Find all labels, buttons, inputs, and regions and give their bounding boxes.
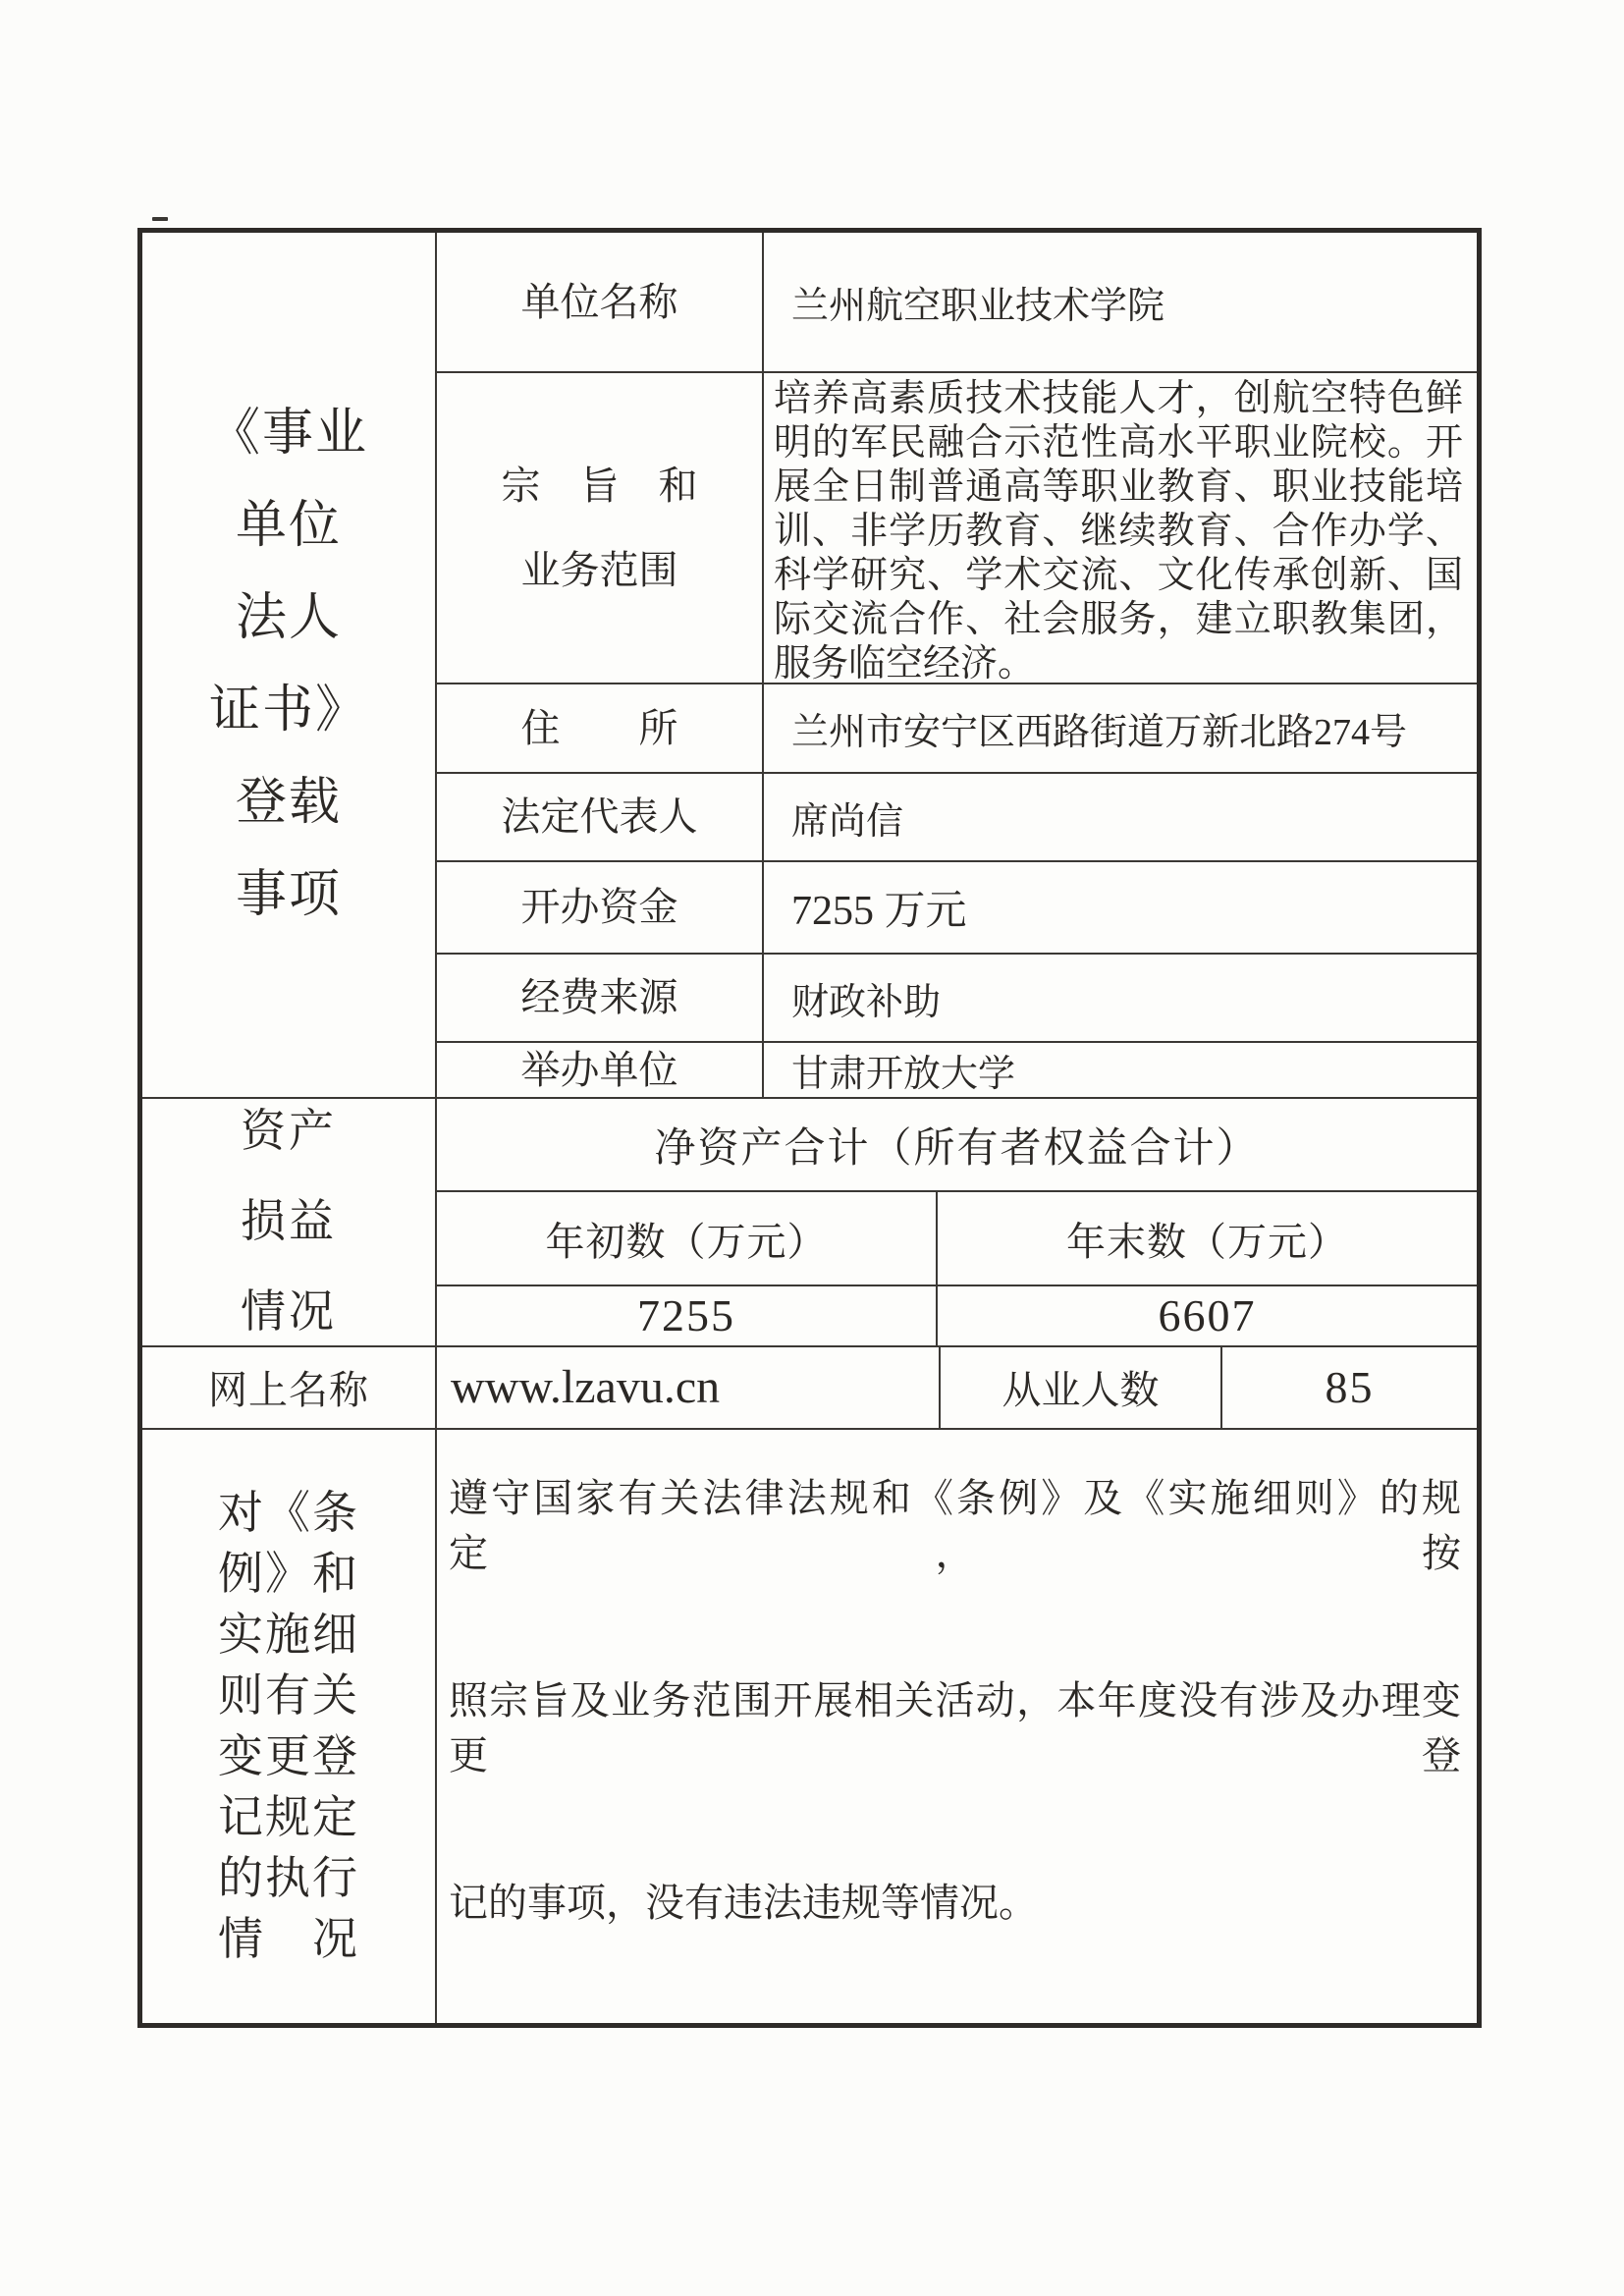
purpose-value-line: 际交流合作、社会服务，建立职教集团， (774, 598, 1463, 642)
purpose-value-line: 科学研究、学术交流、文化传承创新、国 (774, 554, 1463, 598)
certificate-header-line: 登载 (236, 774, 342, 833)
funding-label: 经费来源 (437, 955, 764, 1043)
regulation-content-line: 照宗旨及业务范围开展相关活动，本年度没有涉及办理变更登 (449, 1673, 1461, 1783)
purpose-value-line: 明的军民融合示范性高水平职业院校。开 (774, 421, 1463, 465)
unit-name-label: 单位名称 (437, 233, 764, 373)
purpose-value: 培养高素质技术技能人才，创航空特色鲜 明的军民融合示范性高水平职业院校。开 展全… (764, 373, 1477, 684)
staff-count-label: 从业人数 (941, 1347, 1222, 1428)
unit-name-row: 单位名称 兰州航空职业技术学院 (437, 233, 1477, 373)
capital-row: 开办资金 7255 万元 (437, 862, 1477, 955)
online-name-label: 网上名称 (142, 1347, 437, 1428)
certificate-header-line: 事项 (236, 866, 342, 925)
regulation-header-line: 记规定 (218, 1787, 359, 1848)
purpose-row: 宗 旨 和 业务范围 培养高素质技术技能人才，创航空特色鲜 明的军民融合示范性高… (437, 373, 1477, 684)
net-assets-title-row: 净资产合计（所有者权益合计） (437, 1099, 1477, 1192)
funding-value: 财政补助 (764, 955, 1477, 1043)
regulation-content-line: 遵守国家有关法律法规和《条例》及《实施细则》的规定，按 (449, 1471, 1461, 1581)
net-assets-title: 净资产合计（所有者权益合计） (437, 1099, 1477, 1190)
staff-count-value: 85 (1222, 1347, 1477, 1428)
regulation-header-line: 的执行 (218, 1848, 359, 1909)
purpose-value-line: 培养高素质技术技能人才，创航空特色鲜 (774, 377, 1463, 421)
legal-rep-row: 法定代表人 席尚信 (437, 774, 1477, 862)
regulation-section-header: 对《条 例》和 实施细 则有关 变更登 记规定 的执行 情 况 (142, 1430, 437, 2023)
assets-header-line: 情况 (241, 1286, 337, 1338)
purpose-label-line1: 宗 旨 和 (502, 462, 698, 511)
capital-value: 7255 万元 (764, 862, 1477, 955)
assets-header-line: 损益 (241, 1196, 337, 1247)
online-name-section: 网上名称 www.lzavu.cn 从业人数 85 (142, 1347, 1477, 1430)
legal-rep-value: 席尚信 (764, 774, 1477, 862)
online-name-value: www.lzavu.cn (437, 1347, 941, 1428)
certificate-header-line: 《事业 (209, 405, 368, 464)
end-of-year-value: 6607 (938, 1286, 1477, 1345)
regulation-header-line: 则有关 (218, 1666, 359, 1726)
assets-section: 资产 损益 情况 净资产合计（所有者权益合计） 年初数（万元） 年末数（万元） … (142, 1099, 1477, 1347)
address-label: 住 所 (437, 684, 764, 774)
end-of-year-header: 年末数（万元） (938, 1192, 1477, 1285)
purpose-value-line: 训、非学历教育、继续教育、合作办学、 (774, 510, 1463, 554)
regulation-header-line: 情 况 (218, 1909, 359, 1970)
stray-scan-mark (152, 217, 168, 221)
certificate-header-line: 法人 (236, 589, 342, 648)
regulation-header-line: 实施细 (218, 1605, 359, 1666)
unit-name-value: 兰州航空职业技术学院 (764, 233, 1477, 373)
address-row: 住 所 兰州市安宁区西路街道万新北路274号 (437, 684, 1477, 774)
certificate-header-line: 证书》 (209, 682, 368, 740)
regulation-section: 对《条 例》和 实施细 则有关 变更登 记规定 的执行 情 况 遵守国家有关法律… (142, 1430, 1477, 2023)
regulation-content: 遵守国家有关法律法规和《条例》及《实施细则》的规定，按 照宗旨及业务范围开展相关… (437, 1430, 1477, 2023)
regulation-header-line: 对《条 (218, 1483, 359, 1544)
purpose-label: 宗 旨 和 业务范围 (437, 373, 764, 684)
organizer-row: 举办单位 甘肃开放大学 (437, 1043, 1477, 1097)
begin-of-year-header: 年初数（万元） (437, 1192, 938, 1285)
regulation-header-line: 例》和 (218, 1544, 359, 1605)
certificate-section-header: 《事业 单位 法人 证书》 登载 事项 (142, 233, 437, 1097)
legal-rep-label: 法定代表人 (437, 774, 764, 862)
certificate-header-line: 单位 (236, 497, 342, 556)
assets-values-row: 7255 6607 (437, 1286, 1477, 1345)
certificate-rows: 单位名称 兰州航空职业技术学院 宗 旨 和 业务范围 培养高素质技术技能人才，创… (437, 233, 1477, 1097)
purpose-value-line: 展全日制普通高等职业教育、职业技能培 (774, 465, 1463, 510)
organizer-value: 甘肃开放大学 (764, 1043, 1477, 1097)
begin-of-year-value: 7255 (437, 1286, 938, 1345)
certificate-items-section: 《事业 单位 法人 证书》 登载 事项 单位名称 兰州航空职业技术学院 宗 旨 … (142, 233, 1477, 1099)
purpose-value-line: 服务临空经济。 (774, 642, 1463, 686)
assets-section-header: 资产 损益 情况 (142, 1099, 437, 1345)
capital-label: 开办资金 (437, 862, 764, 955)
organizer-label: 举办单位 (437, 1043, 764, 1097)
registration-annual-report-table: 《事业 单位 法人 证书》 登载 事项 单位名称 兰州航空职业技术学院 宗 旨 … (137, 228, 1482, 2028)
regulation-content-line: 记的事项，没有违法违规等情况。 (449, 1876, 1461, 1931)
regulation-header-line: 变更登 (218, 1726, 359, 1787)
funding-row: 经费来源 财政补助 (437, 955, 1477, 1043)
address-value: 兰州市安宁区西路街道万新北路274号 (764, 684, 1477, 774)
assets-header-line: 资产 (241, 1106, 337, 1157)
purpose-label-line2: 业务范围 (521, 546, 678, 595)
assets-rows: 净资产合计（所有者权益合计） 年初数（万元） 年末数（万元） 7255 6607 (437, 1099, 1477, 1345)
assets-column-header-row: 年初数（万元） 年末数（万元） (437, 1192, 1477, 1286)
